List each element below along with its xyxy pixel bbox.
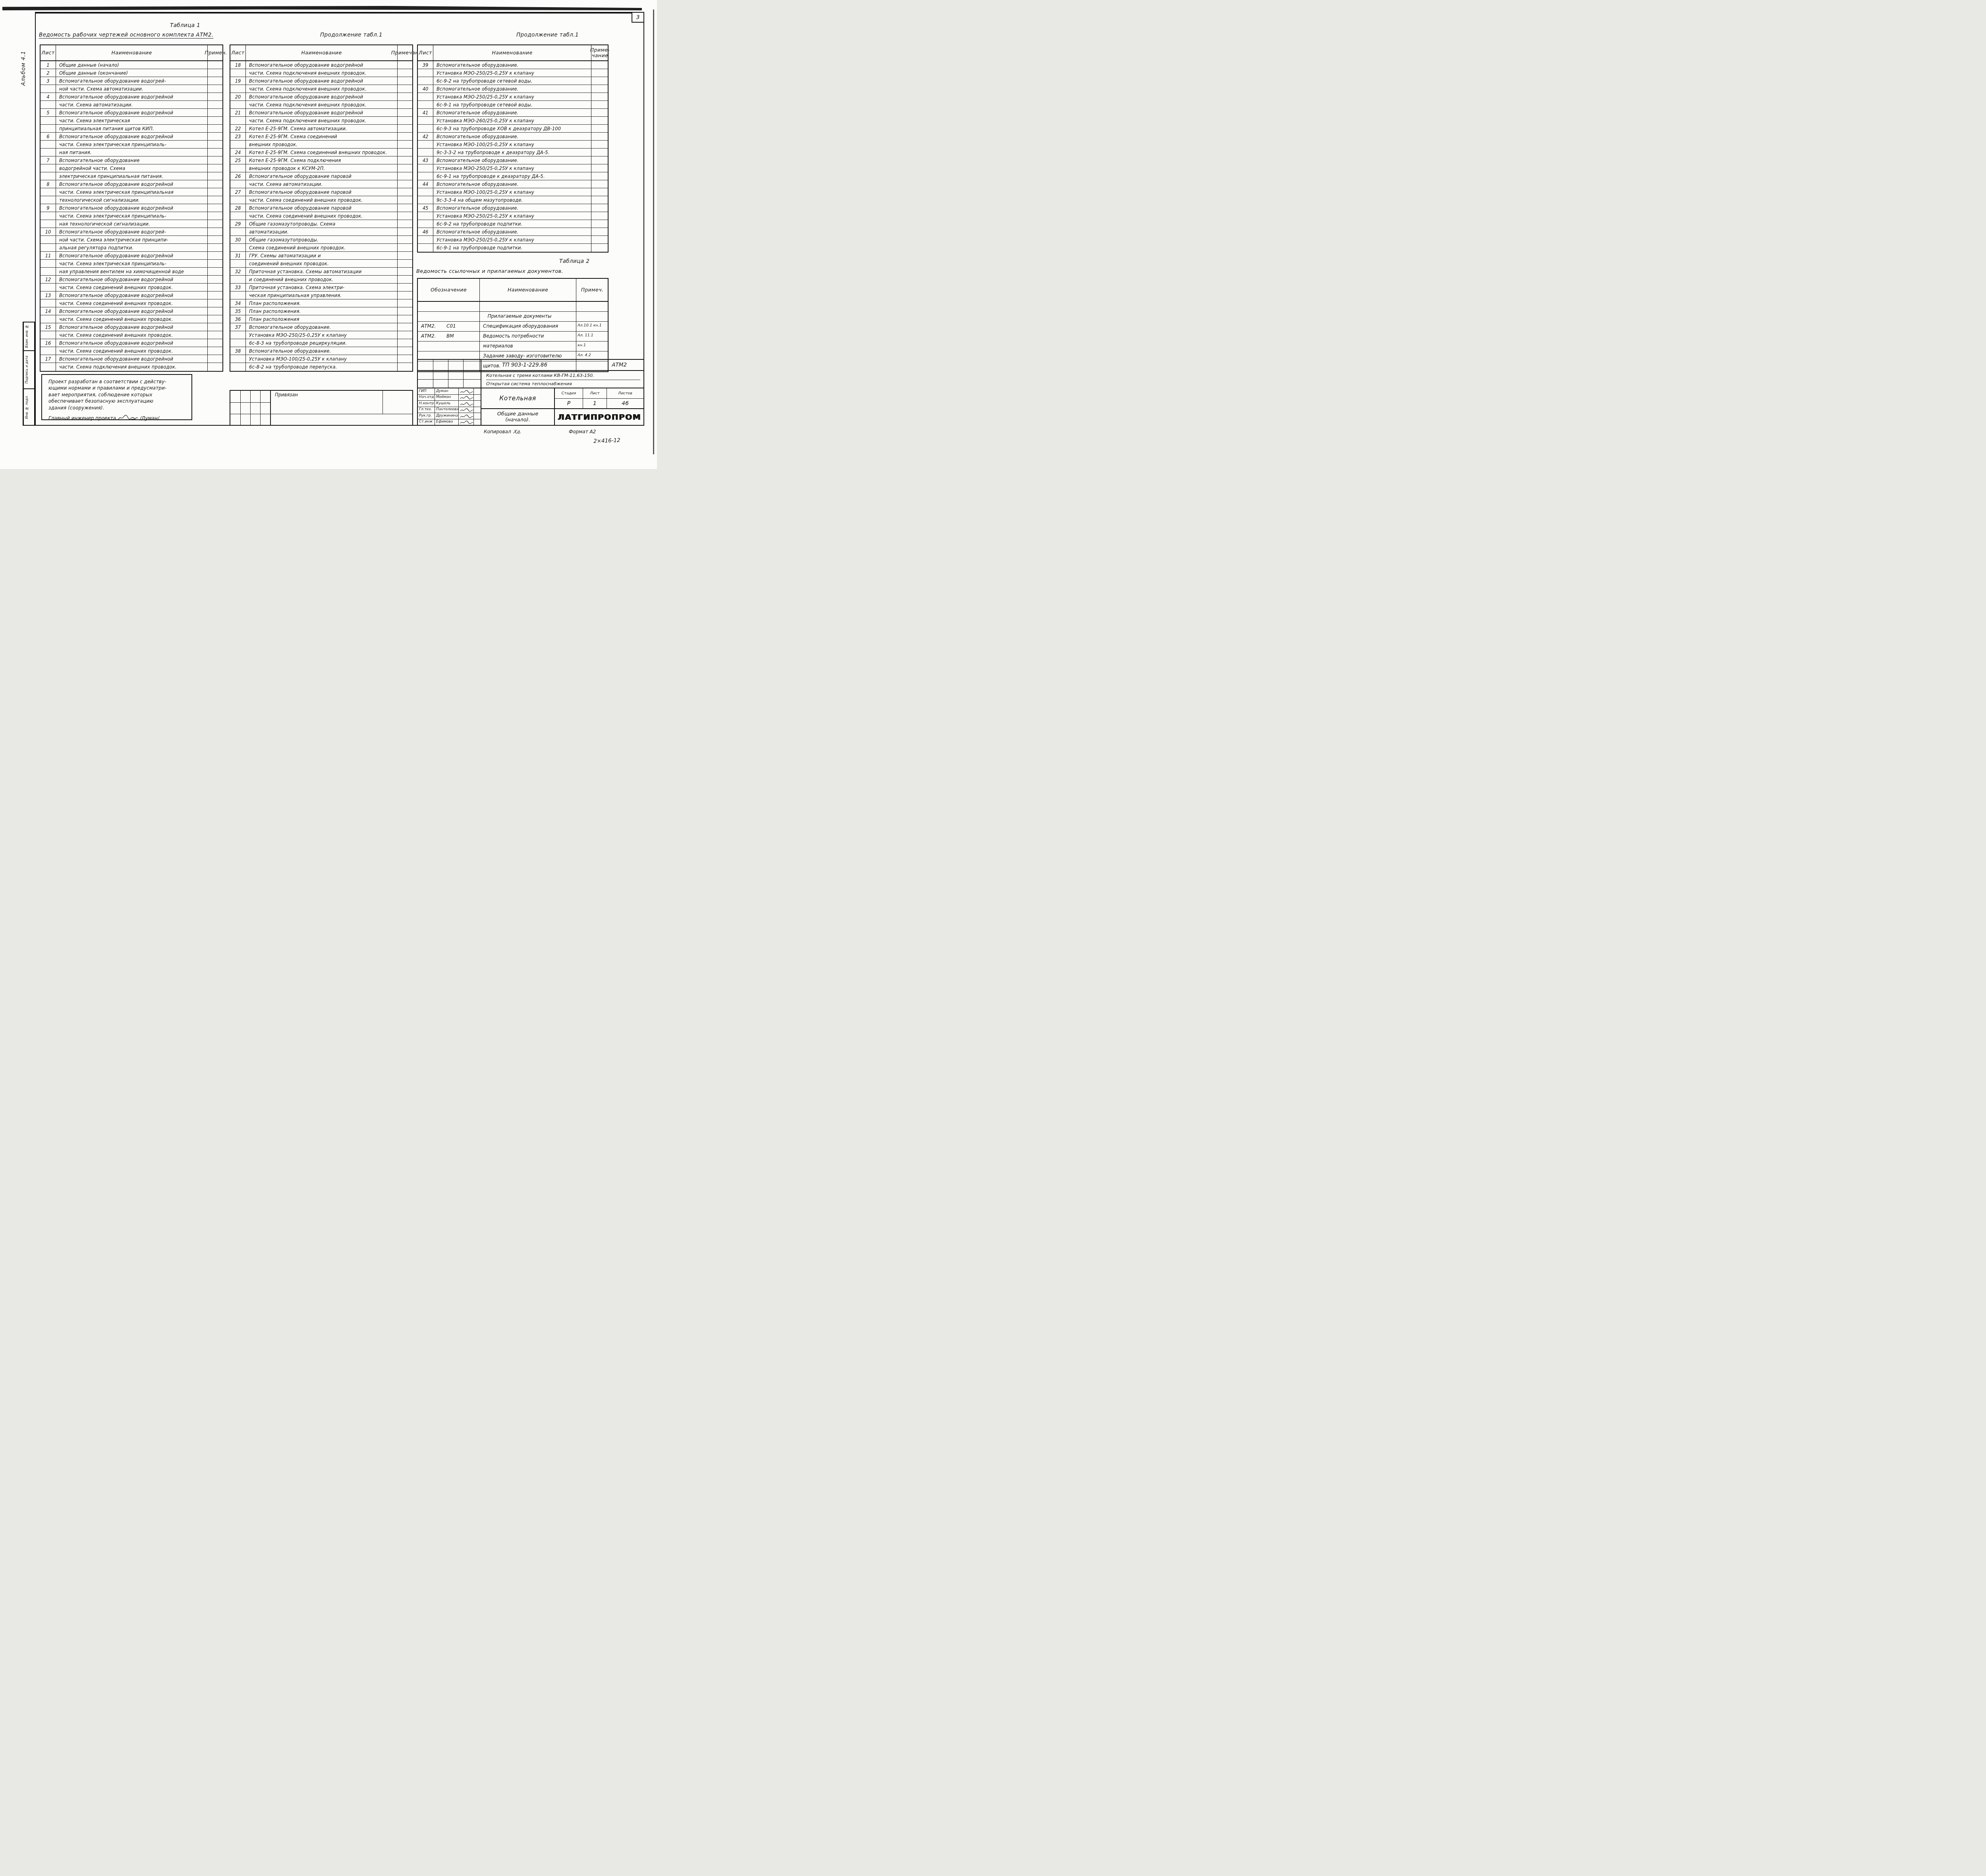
note-cell (591, 85, 609, 93)
corner-handwritten-note: 2×416-12 (593, 437, 620, 444)
note-cell (591, 196, 609, 204)
doc-designation (418, 342, 479, 351)
drawing-title: Установка МЭО-100/25-0,25У к клапану (245, 355, 397, 363)
attachment-stamp: Привязан (230, 390, 413, 426)
role-date (473, 388, 481, 394)
drawing-title: 6с-8-2 на трубопроводе перепуска. (245, 363, 397, 371)
note-cell (207, 276, 224, 283)
note-cell (207, 315, 224, 323)
sheet-number (41, 268, 56, 275)
note-cell (591, 236, 609, 243)
table-row: 18 Вспомогательное оборудование водогрей… (230, 61, 412, 69)
sheet-number (41, 244, 56, 251)
drawing-title: Вспомогательное оборудование водогрейной (56, 339, 207, 347)
drawing-title: Установка МЭО-250/25-0,25У к клапану (433, 212, 591, 220)
table2-subtitle: Ведомость ссылочных и прилагаемых докуме… (416, 268, 563, 274)
sheet-number (230, 101, 245, 108)
drawing-title: части. Схема соединений внешних проводок… (56, 284, 207, 291)
table-row: 36 План расположения (230, 315, 412, 323)
stage-value: Р (555, 399, 583, 409)
note-cell (591, 77, 609, 85)
sheet-number: 41 (418, 109, 433, 116)
table-row: 6с-9-2 на трубопроводе сетевой воды. (418, 77, 608, 85)
drawing-title: части. Схема подключения внешних проводо… (245, 85, 397, 93)
sheet-number (418, 149, 433, 156)
sheet-number (230, 363, 245, 371)
sheet-number: 22 (230, 125, 245, 132)
note-cell (591, 188, 609, 196)
doc-designation: АТМ2. С01 (418, 322, 479, 331)
sheet-number (418, 188, 433, 196)
sheet-number (41, 117, 56, 124)
signature-icon (460, 420, 473, 425)
drawing-title: Общие данные (окончание) (56, 69, 207, 77)
note-cell (397, 299, 414, 307)
doc-note (576, 312, 608, 321)
role-row: Гл.тех. Пантелеева (418, 407, 481, 413)
sheet-number (418, 220, 433, 228)
sheet-number: 17 (41, 355, 56, 363)
table-row: части. Схема соединений внешних проводок… (41, 331, 222, 339)
role-date (473, 413, 481, 419)
drawing-title: ной части. Схема электрическая принципи- (56, 236, 207, 243)
note-cell (591, 244, 609, 252)
sheet-number (230, 331, 245, 339)
sheet-number (230, 212, 245, 220)
project-title-cell: Котельная с тремя котлами КВ-ГМ-11,63-15… (481, 371, 643, 388)
table-row: части. Схема подключения внешних проводо… (230, 69, 412, 77)
note-cell (591, 172, 609, 180)
col-header-note: Приме- чание (591, 45, 609, 60)
drawing-title: части. Схема соединений внешних проводок… (56, 347, 207, 355)
table-row: 46 Вспомогательное оборудование. (418, 228, 608, 236)
note-cell (397, 291, 414, 299)
copied-line: Копировал Хд. (484, 429, 522, 434)
sheet-number: 5 (41, 109, 56, 116)
table-row: 11 Вспомогательное оборудование водогрей… (41, 252, 222, 260)
doc-name: материалов (479, 342, 576, 351)
drawing-title: Вспомогательное оборудование. (433, 228, 591, 235)
note-cell (591, 228, 609, 235)
note-cell (397, 156, 414, 164)
table-row: 39 Вспомогательное оборудование. (418, 61, 608, 69)
revision-grid (418, 360, 481, 370)
drawing-title: Вспомогательное оборудование. (433, 204, 591, 212)
table-row: принципиальная питания щитов КИП. (41, 125, 222, 133)
sheet-number: 4 (41, 93, 56, 100)
sheet-number (418, 125, 433, 132)
sheet-number (230, 291, 245, 299)
sheet-number: 15 (41, 323, 56, 331)
table-row: Установка МЭО-250/25-0,25У к клапану (230, 331, 412, 339)
sheet-number: 28 (230, 204, 245, 212)
table-row: части. Схема электрическая принципиаль- (41, 212, 222, 220)
table2-header: Обозначение Наименование Примеч. (418, 279, 608, 302)
title-block-project-row: Котельная с тремя котлами КВ-ГМ-11,63-15… (418, 371, 643, 388)
note-cell (397, 355, 414, 363)
table1-cont3-header: Лист Наименование Приме- чание (418, 45, 608, 61)
table-row: части. Схема подключения внешних проводо… (41, 363, 222, 371)
note-cell (397, 331, 414, 339)
drawing-title: автоматизации. (245, 228, 397, 235)
table-row: 35 План расположения. (230, 307, 412, 315)
drawing-title: Вспомогательное оборудование паровой (245, 172, 397, 180)
note-cell (397, 69, 414, 77)
role-name: Пантелеева (435, 407, 458, 413)
signature-icon (460, 390, 473, 394)
role-title: Нач.отд (418, 395, 435, 401)
sheet-number: 43 (418, 156, 433, 164)
role-signature (458, 419, 473, 425)
table-row: АТМ2. ВМ Ведомость потребности Ал. 11.1 (418, 332, 608, 342)
table1-header: Лист Наименование Примеч. (41, 45, 222, 61)
note-cell (207, 117, 224, 124)
drawing-title: Котел Е-25-9ГМ. Схема соединений внешних… (245, 149, 397, 156)
col-header-name: Наименование (56, 45, 207, 60)
role-name: Кушель (435, 401, 458, 407)
drawing-title: ной части. Схема автоматизации. (56, 85, 207, 93)
note-cell (397, 85, 414, 93)
drawing-title: Вспомогательное оборудование. (433, 133, 591, 140)
drawing-title: соединений внешних проводок. (245, 260, 397, 267)
note-cell (207, 141, 224, 148)
sheet-number (230, 244, 245, 251)
note-cell (397, 339, 414, 347)
table-row: 9с-3-3-2 на трубопроводе к деаэратору ДА… (418, 149, 608, 156)
sheet-number (41, 101, 56, 108)
note-cell (207, 363, 224, 371)
signer-label: Главный инженер проекта (48, 415, 116, 421)
note-cell (207, 355, 224, 363)
note-cell (207, 69, 224, 77)
table-row: АТМ2. С01 Спецификация оборудования Ал.1… (418, 322, 608, 332)
title-block-code-row: ТП 903-1-229.86 АТМ2 (418, 360, 643, 371)
sheet-number: 14 (41, 307, 56, 315)
drawing-title: Вспомогательное оборудование (56, 156, 207, 164)
role-name: Думан (435, 388, 458, 394)
table-row: 16 Вспомогательное оборудование водогрей… (41, 339, 222, 347)
table-row: Установка МЭО-250/25-0,25У к клапану (418, 93, 608, 101)
table-row: Схема соединений внешних проводок. (230, 244, 412, 252)
table1-body: 1 Общие данные (начало) 2 Общие данные (… (41, 61, 222, 371)
drawing-title: Схема соединений внешних проводок. (245, 244, 397, 251)
table-row: Прилагаемые документы (418, 312, 608, 322)
sheet-number: 33 (230, 284, 245, 291)
table-row: 8 Вспомогательное оборудование водогрейн… (41, 180, 222, 188)
drawing-title: Вспомогательное оборудование. (245, 347, 397, 355)
drawing-title: части. Схема соединений внешних проводок… (56, 299, 207, 307)
drawing-title: альная регулятора подпитки. (56, 244, 207, 251)
table-row: части. Схема электрическая (41, 117, 222, 125)
sheet-number: 35 (230, 307, 245, 315)
note-cell (591, 156, 609, 164)
col-header-note: Примеч. (207, 45, 224, 60)
note-cell (591, 204, 609, 212)
role-name: Мейман (435, 395, 458, 401)
note-line: здания (сооружения). (48, 405, 187, 411)
note-cell (397, 77, 414, 85)
drawing-title: Котел Е-25-9ГМ. Схема автоматизации. (245, 125, 397, 132)
copied-signature: Хд. (513, 429, 522, 434)
table-row: части. Схема электрическая принципиаль- (41, 141, 222, 149)
note-cell (207, 299, 224, 307)
object-name: Котельная (481, 388, 554, 409)
drawing-title: Вспомогательное оборудование. (433, 156, 591, 164)
drawing-title: 9с-3-3-2 на трубопроводе к деаэратору ДА… (433, 149, 591, 156)
drawing-title: Вспомогательное оборудование водогрей- (56, 228, 207, 235)
table-row: 13 Вспомогательное оборудование водогрей… (41, 291, 222, 299)
table-row: 29 Общие газомазутопроводы. Схема (230, 220, 412, 228)
note-cell (397, 125, 414, 132)
sheet-number (41, 236, 56, 243)
note-cell (397, 323, 414, 331)
table-row: 44 Вспомогательное оборудование. (418, 180, 608, 188)
table-row: 3 Вспомогательное оборудование водогрей- (41, 77, 222, 85)
note-cell (591, 133, 609, 140)
drawing-title: части. Схема подключения внешних проводо… (245, 117, 397, 124)
note-cell (207, 180, 224, 188)
sheet-number: 7 (41, 156, 56, 164)
note-cell (397, 268, 414, 275)
drawing-title: ГРУ. Схемы автоматизации и (245, 252, 397, 259)
sheet-number (230, 69, 245, 77)
sheet-number (418, 69, 433, 77)
note-cell (397, 93, 414, 100)
note-cell (397, 101, 414, 108)
table-row: 31 ГРУ. Схемы автоматизации и (230, 252, 412, 260)
drawing-title: 6с-9-2 на трубопроводе сетевой воды. (433, 77, 591, 85)
sheet-number (418, 244, 433, 252)
note-cell (591, 164, 609, 172)
drawing-title: Вспомогательное оборудование. (433, 61, 591, 69)
signer-name: /Думан/. (140, 415, 161, 421)
table-row: 9с-3-3-4 на общем мазутопроводе. (418, 196, 608, 204)
sheet-number (230, 85, 245, 93)
table-row: ная технологической сигнализации. (41, 220, 222, 228)
note-cell (207, 307, 224, 315)
drawing-title: внешних проводок. (245, 141, 397, 148)
signature-icon (460, 402, 473, 407)
set-code: АТМ2 (612, 362, 627, 368)
sheet-number (41, 125, 56, 132)
note-cell (207, 268, 224, 275)
note-cell (591, 220, 609, 228)
doc-name (479, 302, 576, 311)
drawing-title: Вспомогательное оборудование паровой (245, 188, 397, 196)
table1-cont3-body: 39 Вспомогательное оборудование. Установ… (418, 61, 608, 252)
table-row: 6с-9-2 на трубопроводе подпитки. (418, 220, 608, 228)
role-title: Рук.гр. (418, 413, 435, 419)
note-cell (207, 61, 224, 69)
drawing-title: Установка МЭО-250/25-0,25У к клапану (433, 164, 591, 172)
signature-icon (460, 414, 473, 419)
note-cell (591, 61, 609, 69)
project-title-line1: Котельная с тремя котлами КВ-ГМ-11,63-15… (486, 372, 640, 380)
sheet-number (230, 228, 245, 235)
doc-designation: АТМ2. ВМ (418, 332, 479, 341)
note-cell (397, 188, 414, 196)
note-cell (591, 117, 609, 124)
document-code-cell: ТП 903-1-229.86 АТМ2 (481, 360, 643, 370)
sheet-number (230, 339, 245, 347)
doc-note: кн.1 (576, 342, 608, 351)
col-header-name: Наименование (433, 45, 591, 60)
table-row: 24 Котел Е-25-9ГМ. Схема соединений внеш… (230, 149, 412, 156)
table1-cont2-header: Лист Наименование Примечан. (230, 45, 412, 61)
sheet-number: 24 (230, 149, 245, 156)
sheet-number (41, 141, 56, 148)
sheet-number: 8 (41, 180, 56, 188)
drawing-title: 6с-9-1 на трубопроводе к деаэратору ДА-5… (433, 172, 591, 180)
note-cell (397, 141, 414, 148)
drawing-title: части. Схема электрическая (56, 117, 207, 124)
drawing-title: части. Схема электрическая принципиаль- (56, 141, 207, 148)
col-header-note: Примечан. (397, 45, 414, 60)
table-row: части. Схема соединений внешних проводок… (41, 284, 222, 291)
sheet-number (230, 141, 245, 148)
drawing-title: Вспомогательное оборудование. (245, 323, 397, 331)
note-cell (397, 307, 414, 315)
note-cell (591, 69, 609, 77)
drawing-title: Вспомогательное оборудование водогрейной (56, 133, 207, 140)
note-cell (397, 260, 414, 267)
drawing-title: Установка МЭО-250/25-0,25У к клапану (433, 236, 591, 243)
album-side-label: Альбом 4.1 (17, 37, 29, 100)
table-row: внешних проводок к КСУМ-2П. (230, 164, 412, 172)
note-cell (591, 109, 609, 116)
table-row: технологической сигнализации. (41, 196, 222, 204)
stamp-line (250, 391, 251, 425)
sheet-number (41, 149, 56, 156)
drawing-title: Приточная установка. Схема электри- (245, 284, 397, 291)
sheet-number (230, 260, 245, 267)
note-line: ющими нормами и правилами и предусматри- (48, 385, 187, 391)
note-cell (207, 331, 224, 339)
sheets-label: Листов (607, 388, 643, 398)
doc-name: Спецификация оборудования (479, 322, 576, 331)
note-cell (397, 347, 414, 355)
note-cell (207, 196, 224, 204)
drawing-title: ная технологической сигнализации. (56, 220, 207, 228)
drawing-title: Котел Е-25-9ГМ. Схема подключения (245, 156, 397, 164)
role-date (473, 407, 481, 413)
side-stamp-label: Взам. инв. № (23, 322, 30, 350)
title-block-right: Стадия Лист Листов Р 1 46 ЛАТГИПРОПРОМ (555, 388, 643, 425)
signature-icon (118, 415, 138, 421)
note-cell (591, 149, 609, 156)
table-row: Установка МЭО-100/25-0,25У к клапану (418, 141, 608, 149)
table-row: Установка МЭО-250/25-0,25У к клапану (418, 236, 608, 244)
note-cell (397, 244, 414, 251)
table-row: альная регулятора подпитки. (41, 244, 222, 252)
sheet-label: Лист (583, 388, 607, 398)
note-cell (397, 109, 414, 116)
table-row: части. Схема соединений внешних проводок… (41, 315, 222, 323)
table-row: 9 Вспомогательное оборудование водогрейн… (41, 204, 222, 212)
sheet-number: 32 (230, 268, 245, 275)
stamp-line (260, 391, 261, 425)
role-title: ГИП (418, 388, 435, 394)
table-row: 23 Котел Е-25-9ГМ. Схема соединений (230, 133, 412, 141)
sheet-number: 40 (418, 85, 433, 93)
note-cell (397, 172, 414, 180)
table-row: 32 Приточная установка. Схемы автоматиза… (230, 268, 412, 276)
sheet-number (230, 180, 245, 188)
sheet-name-line2: (начало). (505, 417, 530, 423)
sheet-number (230, 276, 245, 283)
sheet-number (418, 141, 433, 148)
scanned-drawing-sheet: 3 Альбом 4.1 Взам. инв. № Подпись и дата… (0, 0, 657, 469)
table-row: ческая принципиальная управления. (230, 291, 412, 299)
sheet-number: 34 (230, 299, 245, 307)
drawing-title: Вспомогательное оборудование водогрейной (245, 61, 397, 69)
note-cell (207, 204, 224, 212)
sheet-number (41, 284, 56, 291)
sheet-number: 38 (230, 347, 245, 355)
role-date (473, 419, 481, 425)
sheet-number (418, 77, 433, 85)
sheet-number: 36 (230, 315, 245, 323)
table-row: ной части. Схема автоматизации. (41, 85, 222, 93)
table-row: 10 Вспомогательное оборудование водогрей… (41, 228, 222, 236)
sheet-number: 18 (230, 61, 245, 69)
note-cell (207, 85, 224, 93)
sheet-number (230, 355, 245, 363)
sheet-number (41, 172, 56, 180)
note-cell (207, 109, 224, 116)
note-cell (207, 101, 224, 108)
stamp-line (240, 391, 241, 425)
sheet-number: 19 (230, 77, 245, 85)
role-signature (458, 388, 473, 394)
sheet-number: 29 (230, 220, 245, 228)
sheet-number (418, 101, 433, 108)
table-row: соединений внешних проводок. (230, 260, 412, 268)
sheet-number (418, 117, 433, 124)
drawing-title: Вспомогательное оборудование водогрейной (56, 307, 207, 315)
note-cell (207, 252, 224, 259)
scan-artifact-top (2, 6, 642, 10)
note-cell (397, 164, 414, 172)
table-row (418, 302, 608, 312)
sheet-number (230, 196, 245, 204)
role-title: Гл.тех. (418, 407, 435, 413)
drawing-title: части. Схема соединений внешних проводок… (56, 315, 207, 323)
sheets-value: 46 (607, 399, 643, 409)
table-row: и соединений внешних проводок. (230, 276, 412, 284)
role-row: Рук.гр. Дружинина (418, 413, 481, 419)
table-row: 25 Котел Е-25-9ГМ. Схема подключения (230, 156, 412, 164)
doc-code: ТП 903-1-229.86 (502, 362, 547, 368)
sheet-number (41, 164, 56, 172)
table1-cont2: Лист Наименование Примечан. 18 Вспомогат… (230, 44, 413, 372)
table-row: 4 Вспомогательное оборудование водогрейн… (41, 93, 222, 101)
table-row: автоматизации. (230, 228, 412, 236)
roles-grid: ГИП Думан Нач.отд Мейман (418, 388, 481, 425)
drawing-title: части. Схема соединений внешних проводок… (56, 331, 207, 339)
doc-designation (418, 312, 479, 321)
note-cell (207, 236, 224, 243)
signature-icon (460, 408, 473, 413)
sheet-number (41, 196, 56, 204)
table-row: 6с-9-1 на трубопроводе подпитки. (418, 244, 608, 252)
sheet-number: 3 (41, 77, 56, 85)
note-cell (397, 204, 414, 212)
table-row: 42 Вспомогательное оборудование. (418, 133, 608, 141)
col-header-sheet: Лист (41, 45, 56, 60)
side-stamp-cell: Инв. № подл. (23, 389, 34, 425)
table-row: 20 Вспомогательное оборудование водогрей… (230, 93, 412, 101)
